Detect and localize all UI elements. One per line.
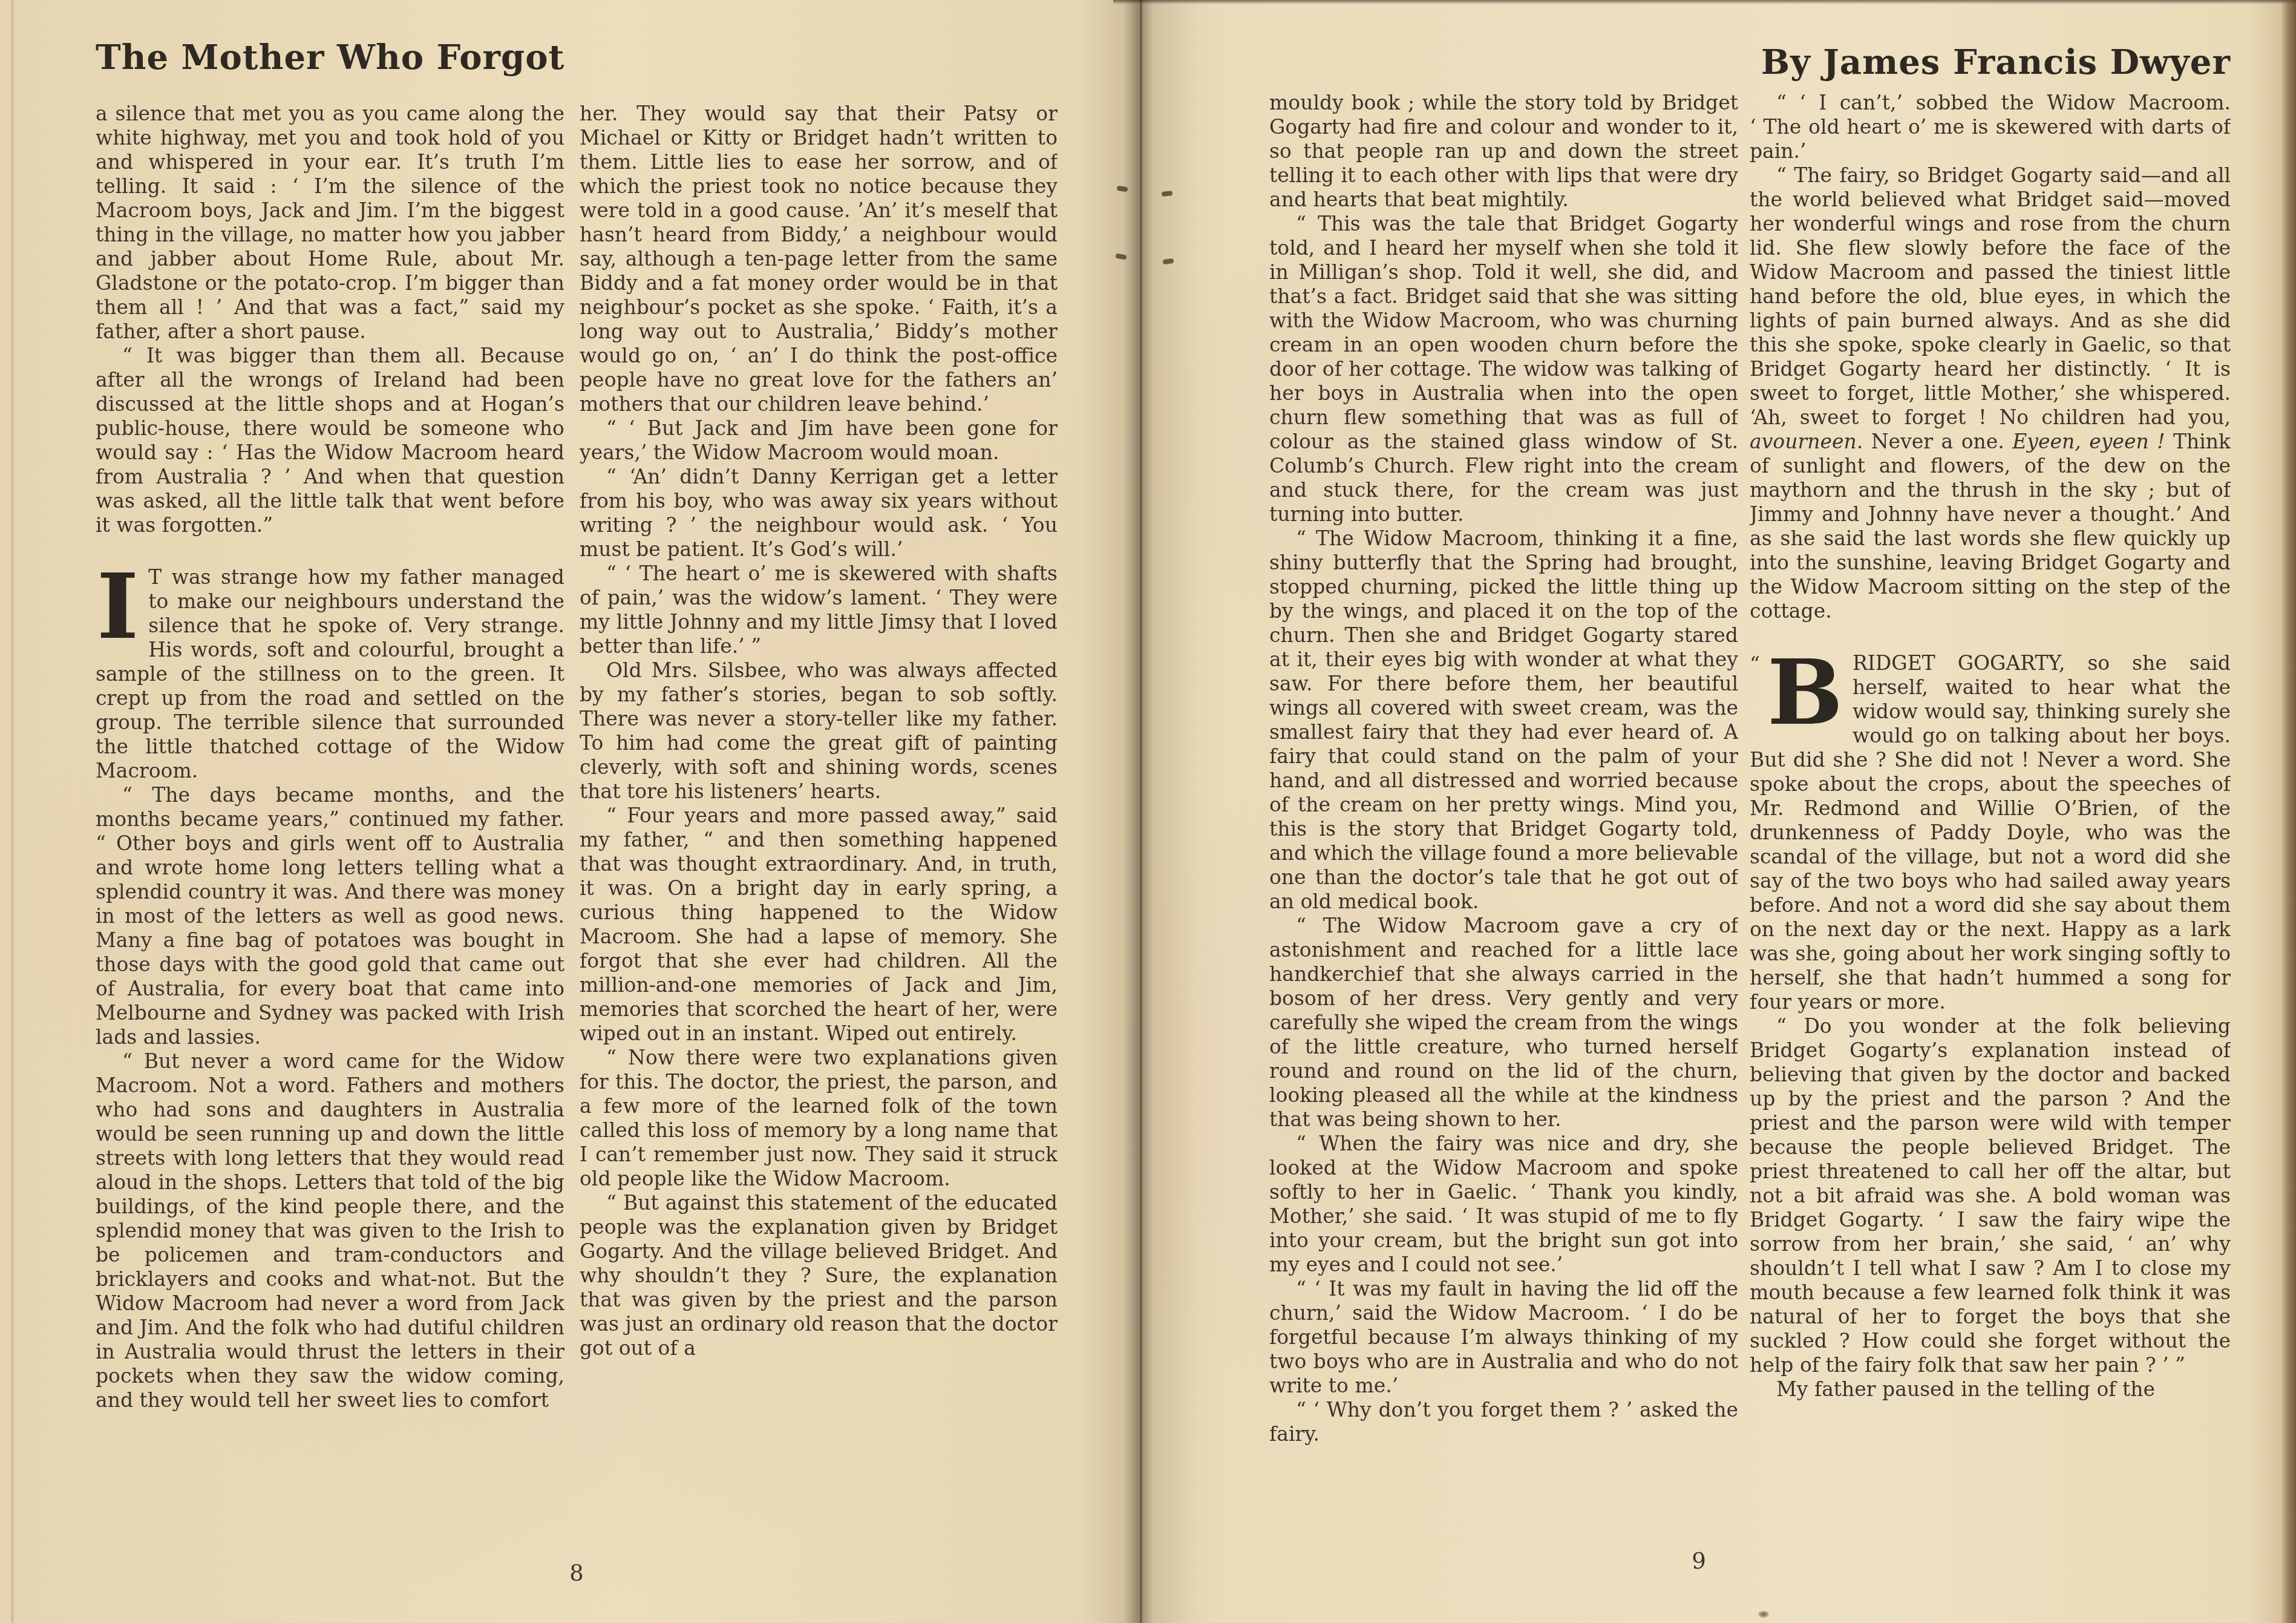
drop-cap: I [96, 565, 148, 643]
text-run: “ ‘An’ didn’t Danny Kerrigan get a lette… [580, 465, 1058, 561]
page9-column-right: “ ‘ I can’t,’ sobbed the Widow Macroom. … [1750, 91, 2231, 1570]
paragraph: “ Do you wonder at the folk believing Br… [1750, 1014, 2231, 1377]
gutter-shadow [1082, 0, 1197, 1623]
text-run: “ When the fairy was nice and dry, she l… [1269, 1132, 1738, 1276]
text-run: T was strange how my father managed to m… [96, 565, 564, 782]
page-number-right: 9 [1269, 1548, 2128, 1574]
paragraph: “ ‘ Why don’t you forget them ? ’ asked … [1269, 1398, 1738, 1446]
text-run: “ ‘ But Jack and Jim have been gone for … [580, 416, 1058, 464]
paragraph: “ It was bigger than them all. Because a… [96, 344, 564, 537]
book-spread: The Mother Who Forgot By James Francis D… [0, 0, 2296, 1623]
text-run: “ Four years and more passed away,” said… [580, 804, 1058, 1045]
paragraph: “ ‘ I can’t,’ sobbed the Widow Macroom. … [1750, 91, 2231, 163]
running-header-author: By James Francis Dwyer [1750, 42, 2231, 82]
text-run: “ The days became months, and the months… [96, 783, 564, 1049]
paragraph: “ Four years and more passed away,” said… [580, 804, 1058, 1046]
page8-column-left: a silence that met you as you came along… [96, 102, 564, 1581]
paragraph: “ When the fairy was nice and dry, she l… [1269, 1132, 1738, 1277]
text-run: “ ‘ I can’t,’ sobbed the Widow Macroom. … [1750, 91, 2231, 163]
text-run: mouldy book ; while the story told by Br… [1269, 91, 1738, 211]
page-right-edge [2281, 0, 2296, 1623]
paragraph: My father paused in the telling of the [1750, 1377, 2231, 1402]
paragraph: mouldy book ; while the story told by Br… [1269, 91, 1738, 212]
text-run: “ This was the tale that Bridget Gogarty… [1269, 212, 1738, 526]
paragraph: “ The Widow Macroom gave a cry of astoni… [1269, 914, 1738, 1132]
text-run: Old Mrs. Silsbee, who was always affecte… [580, 658, 1058, 803]
text-run: “ ‘ It was my fault in having the lid of… [1269, 1277, 1738, 1397]
paragraph: “ ‘ The heart o’ me is skewered with sha… [580, 562, 1058, 658]
page-number-left: 8 [96, 1560, 1058, 1586]
drop-cap: B [1766, 651, 1853, 729]
paragraph: “BRIDGET GOGARTY, so she said herself, w… [1750, 651, 2231, 1014]
text-run: My father paused in the telling of the [1776, 1377, 2155, 1401]
text-run: her. They would say that their Patsy or … [580, 102, 1058, 416]
paragraph: “ Now there were two explanations given … [580, 1046, 1058, 1191]
page-top-edge [1113, 0, 2296, 4]
text-run: “ Now there were two explanations given … [580, 1046, 1058, 1190]
text-run: “ Do you wonder at the folk believing Br… [1750, 1014, 2231, 1377]
paragraph: “ The days became months, and the months… [96, 783, 564, 1049]
text-run: a silence that met you as you came along… [96, 102, 564, 343]
paragraph: her. They would say that their Patsy or … [580, 102, 1058, 416]
stain-smudge [1758, 1611, 1769, 1618]
italic-text: avourneen [1750, 430, 1857, 453]
paragraph: “ But never a word came for the Widow Ma… [96, 1049, 564, 1412]
paragraph: “ ‘ It was my fault in having the lid of… [1269, 1277, 1738, 1398]
paragraph: IT was strange how my father managed to … [96, 565, 564, 783]
gutter-crease [1140, 0, 1142, 1623]
paragraph: “ ‘ But Jack and Jim have been gone for … [580, 416, 1058, 465]
page-left-edge [11, 0, 14, 1623]
text-run: “ ‘ The heart o’ me is skewered with sha… [580, 562, 1058, 658]
text-run: “ ‘ Why don’t you forget them ? ’ asked … [1269, 1398, 1738, 1446]
running-header-title: The Mother Who Forgot [96, 38, 564, 77]
text-run: “ The Widow Macroom, thinking it a fine,… [1269, 526, 1738, 913]
paragraph: a silence that met you as you came along… [96, 102, 564, 344]
text-run: “ But never a word came for the Widow Ma… [96, 1049, 564, 1412]
page9-column-left: mouldy book ; while the story told by Br… [1269, 91, 1738, 1570]
text-run: “ The fairy, so Bridget Gogarty said—and… [1750, 163, 2231, 429]
text-run: . Never a one. [1857, 430, 2012, 453]
paragraph: “ But against this statement of the educ… [580, 1191, 1058, 1360]
paragraph: “ The fairy, so Bridget Gogarty said—and… [1750, 163, 2231, 623]
paragraph: Old Mrs. Silsbee, who was always affecte… [580, 658, 1058, 804]
text-run: Think of sunlight and flowers, of the de… [1750, 430, 2231, 623]
paragraph: “ ‘An’ didn’t Danny Kerrigan get a lette… [580, 465, 1058, 562]
paragraph: “ The Widow Macroom, thinking it a fine,… [1269, 526, 1738, 914]
page8-column-right: her. They would say that their Patsy or … [580, 102, 1058, 1581]
text-run: “ It was bigger than them all. Because a… [96, 344, 564, 537]
text-run: “ But against this statement of the educ… [580, 1191, 1058, 1360]
text-run: “ The Widow Macroom gave a cry of astoni… [1269, 914, 1738, 1131]
italic-text: Eyeen, eyeen ! [2012, 430, 2165, 453]
lead-quote: “ [1750, 651, 1766, 678]
paragraph: “ This was the tale that Bridget Gogarty… [1269, 212, 1738, 526]
